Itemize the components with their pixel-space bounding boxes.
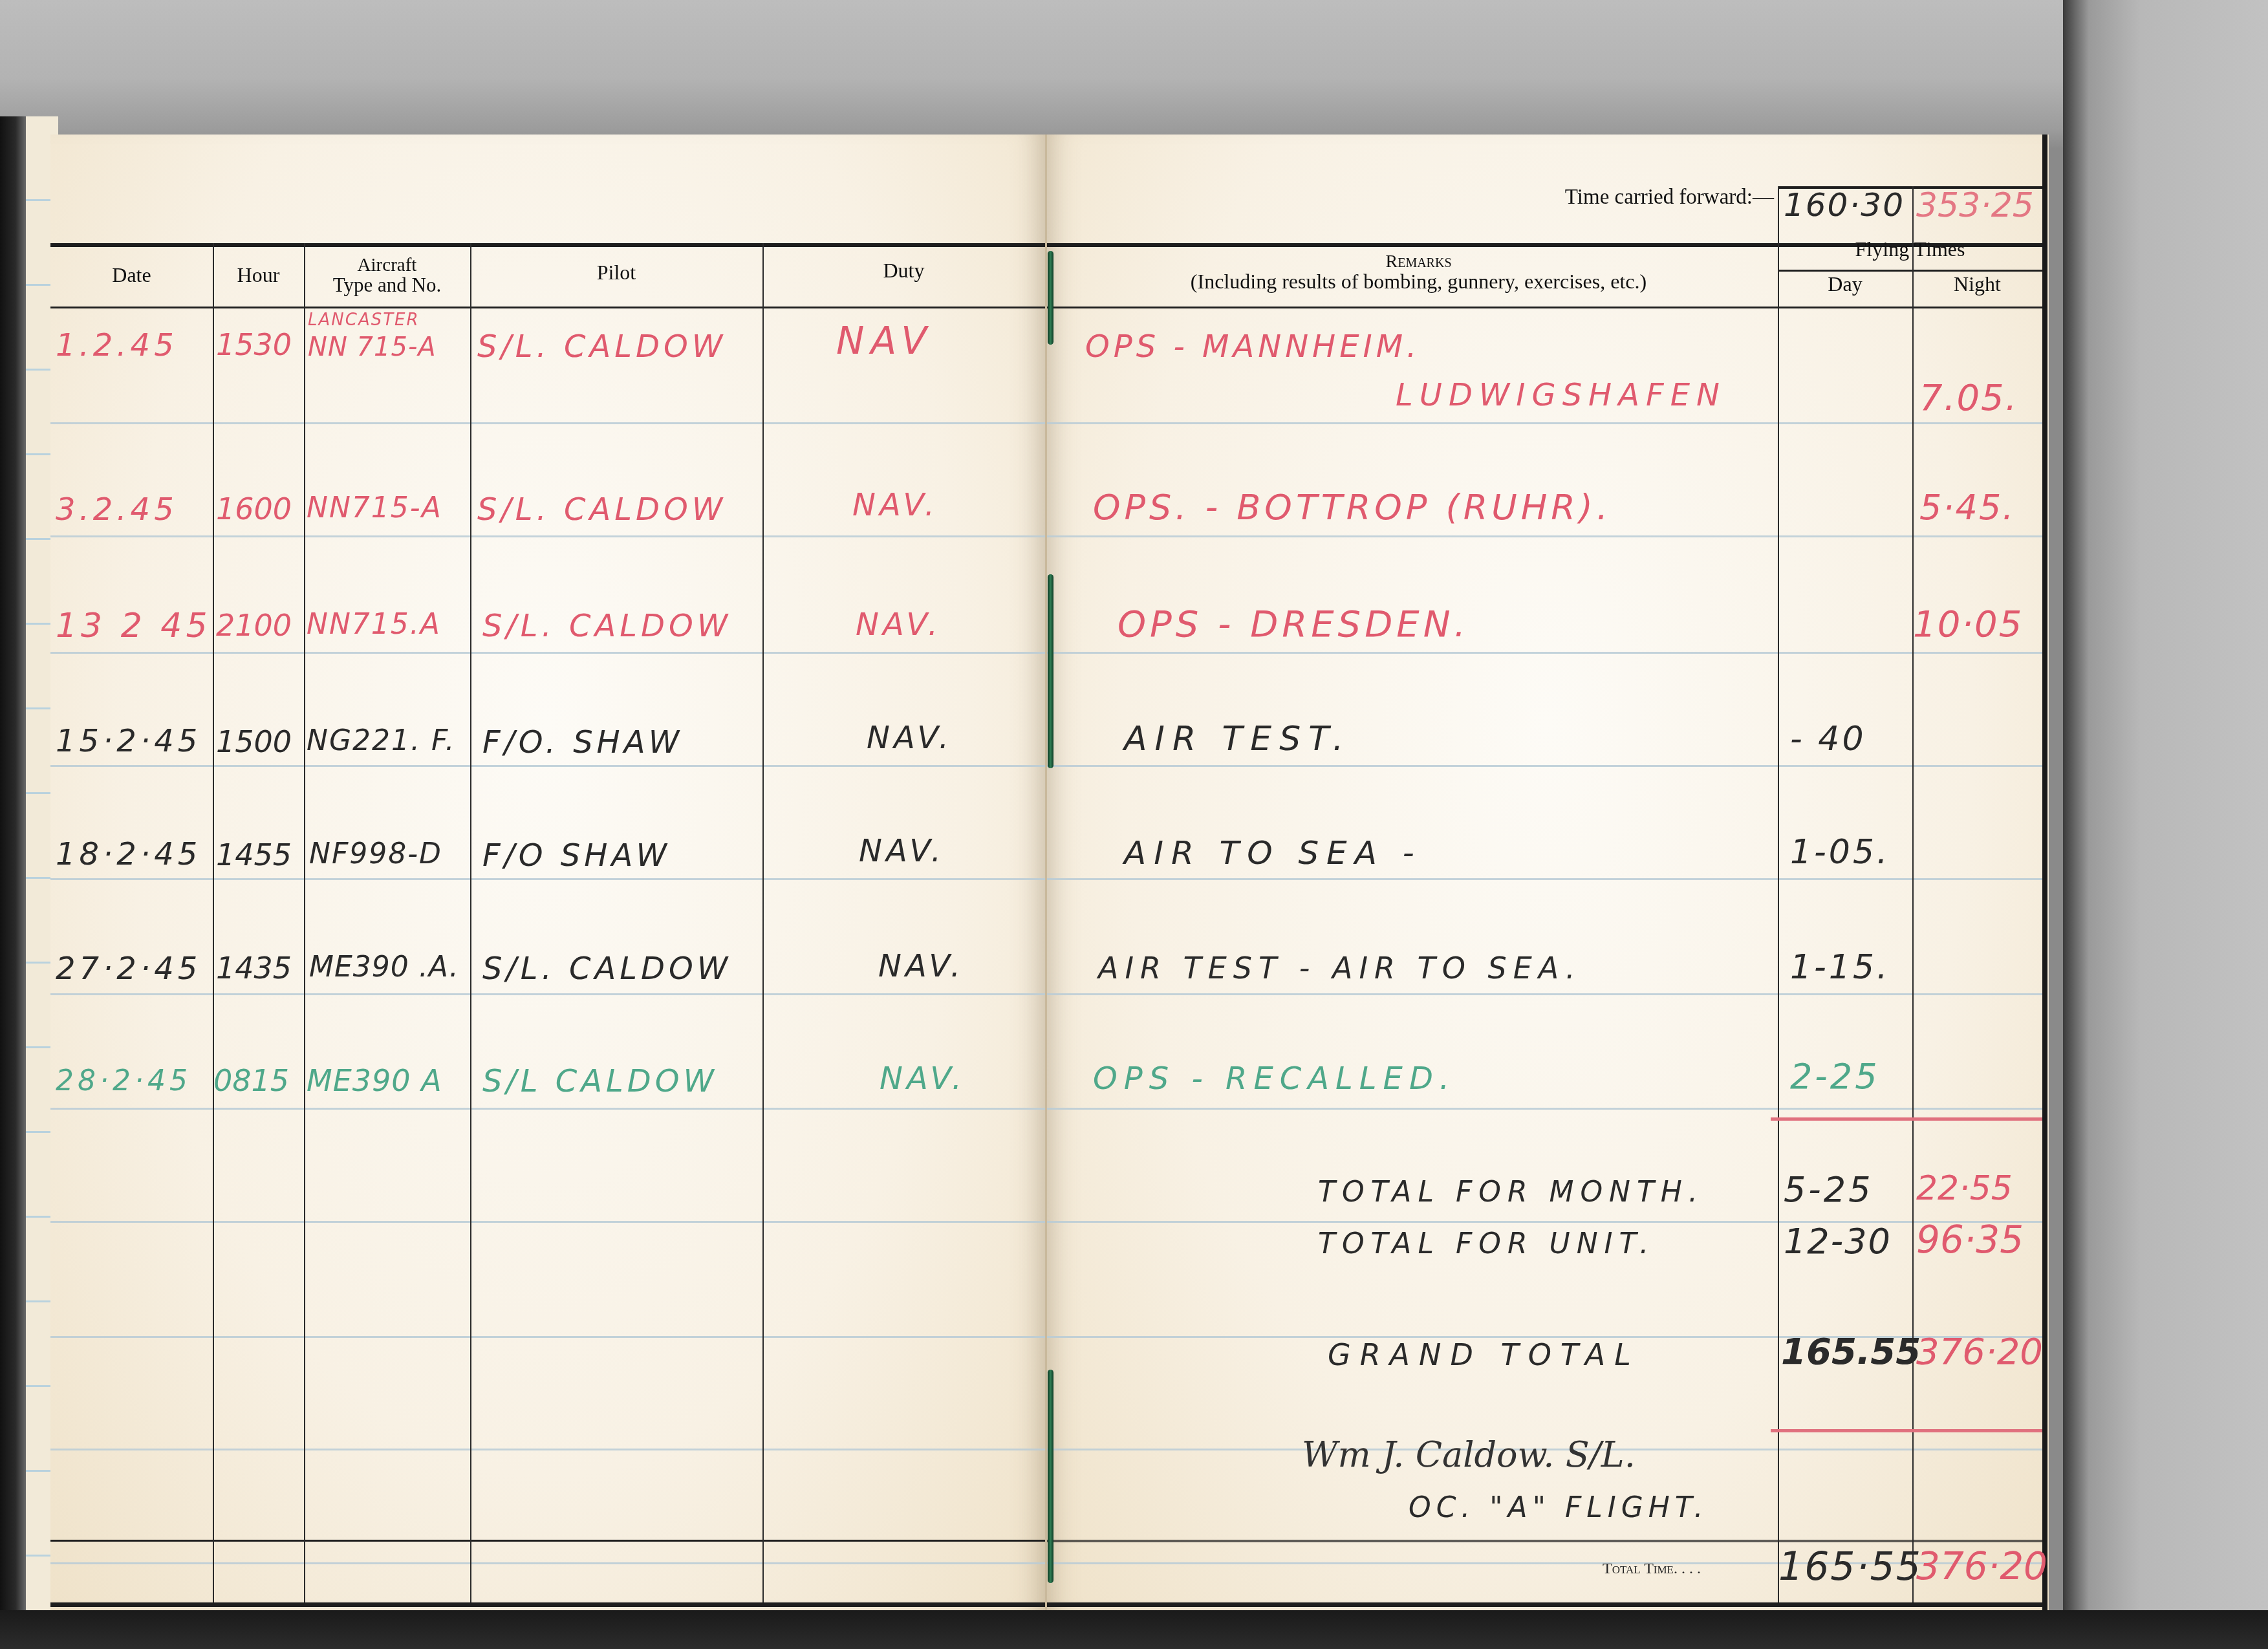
header-flying-times: Flying Times [1778,238,2042,260]
right-footer-rule [1045,1540,2042,1542]
entry-6-day: 1-15. [1790,948,1890,987]
entry-4-date: 15·2·45 [56,723,201,759]
carried-forward-label: Time carried forward:— [1499,186,1774,208]
total-time-night: 376·20 [1916,1544,2047,1588]
entry-1-night: 7.05. [1919,377,2018,419]
flying-times-rule [1778,270,2042,272]
entry-2-date: 3.2.45 [56,491,178,528]
grand-total-day: 165.55 [1781,1331,1921,1373]
entry-6-date: 27·2·45 [56,951,201,987]
entry-3-remarks: OPS - DRESDEN. [1118,603,1469,645]
book-cover-edge [0,116,26,1649]
entry-2-pilot: S/L. CALDOW [477,491,726,528]
signature-name: Wm J. Caldow. S/L. [1302,1434,1636,1475]
entry-7-hour: 0815 [213,1063,289,1098]
entry-4-day: - 40 [1790,720,1866,759]
header-aircraft-line2: Type and No. [304,274,470,296]
logbook-spread: Time carried forward:— 160·30 353·25 Dat… [50,135,2049,1610]
entry-4-duty: NAV. [867,720,953,756]
entry-6-hour: 1435 [216,951,292,986]
binding-thread [1048,574,1053,768]
header-hour: Hour [213,264,304,286]
total-unit-day: 12-30 [1784,1221,1892,1262]
entry-7-day: 2-25 [1790,1056,1880,1097]
entry-3-hour: 2100 [216,608,292,643]
left-footer-rule [50,1540,1045,1542]
grand-total-underline [1771,1429,2042,1432]
entry-1-duty: NAV [836,319,933,363]
entry-3-night: 10·05 [1913,603,2023,645]
entry-5-remarks: AIR TO SEA - [1124,834,1422,872]
entry-6-pilot: S/L. CALDOW [482,951,731,987]
entry-5-pilot: F/O SHAW [482,837,671,874]
entry-7-pilot: S/L CALDOW [482,1063,718,1099]
entry-4-aircraft: NG221. F. [307,724,456,757]
entry-2-duty: NAV. [852,487,938,523]
entry-4-hour: 1500 [216,724,292,759]
carried-forward-night: 353·25 [1916,186,2034,225]
entry-4-remarks: AIR TEST. [1124,720,1351,759]
entry-7-date: 28·2·45 [56,1064,191,1097]
entry-3-date: 13 2 45 [56,607,211,645]
entry-1-date: 1.2.45 [56,327,178,363]
entry-3-aircraft: NN715.A [307,608,441,641]
binding-thread [1048,251,1053,345]
entry-2-remarks: OPS. - BOTTROP (RUHR). [1093,487,1612,528]
total-month-night: 22·55 [1916,1169,2013,1208]
column-divider [470,243,471,1602]
column-divider [1778,186,1779,1602]
entry-1-aircraft-type: LANCASTER [308,310,420,330]
entry-2-aircraft: NN715-A [307,491,442,524]
entry-1-remarks-line2: LUDWIGSHAFEN [1396,377,1726,413]
header-day: Day [1778,273,1912,295]
entry-5-hour: 1455 [216,837,292,872]
total-month-day: 5-25 [1784,1169,1874,1210]
entry-7-duty: NAV. [880,1061,966,1097]
header-aircraft-line1: Aircraft [304,254,470,276]
total-month-label: TOTAL FOR MONTH. [1318,1176,1704,1209]
scanner-bottom-edge [0,1610,2268,1649]
spine-crease [1045,135,1047,1610]
total-time-day: 165·55 [1778,1544,1922,1590]
header-night: Night [1912,273,2042,295]
header-date: Date [50,264,213,286]
entry-1-remarks: OPS - MANNHEIM. [1085,329,1420,365]
entry-5-aircraft: NF998-D [309,837,442,870]
entry-5-day: 1-05. [1790,833,1890,872]
header-duty: Duty [762,259,1045,281]
scanner-background [2063,0,2268,1649]
entry-2-hour: 1600 [216,491,292,526]
total-unit-label: TOTAL FOR UNIT. [1318,1227,1655,1260]
entry-1-hour: 1530 [216,327,292,362]
entry-1-aircraft: NN 715-A [308,332,437,362]
grand-total-night: 376·20 [1916,1331,2043,1373]
entry-3-duty: NAV. [856,607,942,643]
binding-thread [1048,1370,1053,1583]
total-unit-night: 96·35 [1916,1218,2024,1262]
entry-3-pilot: S/L. CALDOW [482,608,731,644]
entry-6-remarks: AIR TEST - AIR TO SEA. [1098,951,1582,986]
header-remarks-subtitle: (Including results of bombing, gunnery, … [1059,270,1778,292]
entry-7-aircraft: ME390 A [307,1063,442,1098]
entry-6-aircraft: ME390 .A. [309,951,459,984]
entry-4-pilot: F/O. SHAW [482,724,683,760]
signature-title: OC. "A" FLIGHT. [1409,1491,1709,1524]
entry-5-duty: NAV. [859,833,945,869]
entry-7-remarks: OPS - RECALLED. [1093,1061,1456,1097]
grand-total-label: GRAND TOTAL [1328,1337,1640,1372]
month-total-underline [1771,1117,2042,1121]
entry-5-date: 18·2·45 [56,836,201,872]
total-time-label: Total Time. . . . [1603,1560,1701,1578]
entry-1-pilot: S/L. CALDOW [477,329,726,365]
carried-forward-day: 160·30 [1784,186,1905,224]
header-pilot: Pilot [470,261,762,283]
column-divider [1912,186,1914,1602]
column-divider [304,243,305,1602]
page-edge [2042,135,2047,1610]
entry-2-night: 5·45. [1919,487,2014,528]
entry-6-duty: NAV. [878,948,964,984]
column-divider [762,243,764,1602]
column-divider [213,243,214,1602]
